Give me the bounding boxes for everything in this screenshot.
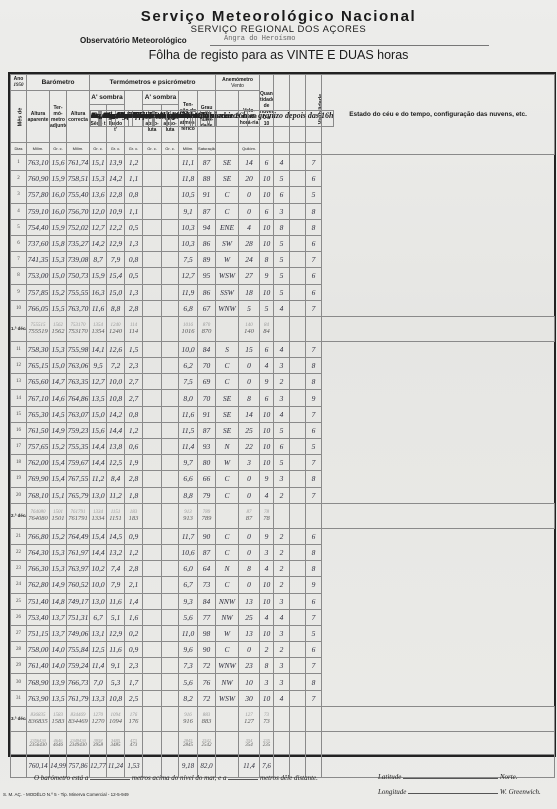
value-cell [290,609,306,625]
value-cell: 3 [274,674,290,690]
value-cell [290,471,306,487]
value-cell: W [216,455,239,471]
total-value-cell [290,731,306,754]
year-header: Ano1950 [11,75,27,91]
decade-value-cell: 15011501 [50,503,67,528]
value-cell: 15,1 [50,487,67,503]
value-cell: 13,5 [90,390,107,406]
value-cell: 15,3 [50,252,67,268]
value-cell: 760,90 [27,171,50,187]
day-row: 6737,6015,8735,2714,212,91,310,386SW2810… [11,235,555,251]
day-row: 26753,4013,7751,316,75,11,65,677NW25447C… [11,609,555,625]
value-cell: 16,3 [90,284,107,300]
value-cell: 5 [306,439,322,455]
value-cell: 9 [260,471,274,487]
value-cell: 739,08 [67,252,90,268]
value-cell: 2,3 [125,658,143,674]
value-cell: 15,1 [90,155,107,171]
value-cell: 15,0 [90,406,107,422]
value-cell: 0,5 [125,268,143,284]
day-row: 12765,1515,0763,069,57,22,36,270C0438Sc,… [11,358,555,374]
value-cell [143,358,162,374]
value-cell: 768,10 [27,487,50,503]
value-cell: 10 [260,422,274,438]
decade-value-cell [162,316,179,341]
value-cell [290,455,306,471]
value-cell: 11,4 [179,439,198,455]
value-cell: 6 [306,268,322,284]
value-cell: 6 [274,439,290,455]
day-row: 31763,9013,5761,7913,310,82,58,272WSW301… [11,690,555,706]
decade-value-cell: 10161016 [179,316,198,341]
value-cell: 2 [274,544,290,560]
value-cell: 3 [274,471,290,487]
value-cell: 6,6 [179,471,198,487]
value-cell: 2 [274,487,290,503]
day-row: 21766,8015,2764,4915,414,50,911,790C0926… [11,528,555,544]
value-cell: 10,2 [90,561,107,577]
value-cell: 3 [274,390,290,406]
value-cell: 3 [274,358,290,374]
value-cell: 10 [239,674,260,690]
value-cell: 2 [274,561,290,577]
value-cell: 3 [274,203,290,219]
value-cell: 755,84 [67,642,90,658]
value-cell [162,609,179,625]
value-cell [290,358,306,374]
value-cell: 1,8 [125,487,143,503]
value-cell: 5 [274,422,290,438]
day-cell: 18 [11,455,27,471]
value-cell [162,471,179,487]
value-cell: 0 [239,187,260,203]
value-cell: 87 [198,203,216,219]
value-cell: 5,6 [179,674,198,690]
value-cell: 15,4 [90,528,107,544]
value-cell: 13,2 [107,544,125,560]
shade-header-2: A' sombra [143,91,179,105]
value-cell: 1,2 [125,422,143,438]
value-cell [143,642,162,658]
value-cell: 761,40 [27,658,50,674]
day-row: 4759,1016,0756,7012,010,91,19,187C0638Ac… [11,203,555,219]
value-cell: 14,0 [50,642,67,658]
value-cell: 13,9 [50,674,67,690]
decade-value-cell [322,706,555,731]
value-cell: 10,3 [179,235,198,251]
total-value-cell [162,731,179,754]
visibility-header: Visibilidade [306,75,322,143]
decade-value-cell: 11511151 [107,503,125,528]
value-cell: 5,6 [179,609,198,625]
value-cell [290,300,306,316]
value-cell: 10 [260,577,274,593]
value-cell: 759,24 [67,658,90,674]
unit-cell [306,143,322,155]
decade-value-cell: 114114 [125,316,143,341]
value-cell: 3 [274,593,290,609]
value-cell: 14,8 [50,593,67,609]
value-cell: 751,40 [27,593,50,609]
value-cell: 741,35 [27,252,50,268]
value-cell: 4 [274,300,290,316]
value-cell: 79 [198,487,216,503]
corrected-height-header: Altura correcta [67,91,90,143]
value-cell: C [216,374,239,390]
value-cell: 30 [239,690,260,706]
month-header: Mês de [11,91,27,143]
value-cell: 16,0 [50,203,67,219]
value-cell: 13,6 [90,187,107,203]
value-cell: 15,0 [50,268,67,284]
value-cell: 12,5 [107,455,125,471]
value-cell: 757,65 [27,439,50,455]
value-cell [290,528,306,544]
decade-value-cell: 753170753170 [67,316,90,341]
value-cell: 4 [274,690,290,706]
value-cell: 12,7 [90,374,107,390]
clouds-header: Quan-tidade de nuvens 0 a 10 [260,75,274,143]
decade-value-cell: 8787 [239,503,260,528]
day-cell: 20 [11,487,27,503]
day-row: 16761,5014,9759,2315,614,41,211,587SE251… [11,422,555,438]
value-cell: 10 [260,187,274,203]
value-cell [162,674,179,690]
value-cell: 1,2 [125,155,143,171]
decade-summary-row: 1.ª década755515755519156215627531707531… [11,316,555,341]
value-cell [143,471,162,487]
anemometer-header: AnemómetroVento [216,75,260,91]
service-title: Serviço Meteorológico Nacional [0,8,557,25]
value-cell: 76 [198,674,216,690]
value-cell: 0,5 [125,219,143,235]
value-cell: 8 [274,219,290,235]
value-cell: 764,30 [27,544,50,560]
altitude-blank[interactable] [90,779,130,780]
day-cell: 15 [11,406,27,422]
value-cell [162,593,179,609]
decade-label: 1.ª década [11,316,27,341]
value-cell [290,544,306,560]
value-cell: 13,0 [90,487,107,503]
day-row: 11758,3015,3755,9814,112,61,510,084S1564… [11,341,555,357]
unit-cell: Milím. [27,143,50,155]
day-cell: 22 [11,544,27,560]
distance-blank[interactable] [228,779,258,780]
value-cell: 6 [306,422,322,438]
value-cell: 8 [306,561,322,577]
value-cell: 0,8 [125,187,143,203]
value-cell: C [216,187,239,203]
decade-value-cell [162,706,179,731]
value-cell: 3 [260,674,274,690]
value-cell: 761,74 [67,155,90,171]
longitude-line: Longitude W. Greenwich. [378,788,541,796]
value-cell: 2,7 [125,374,143,390]
value-cell: 11,0 [179,625,198,641]
day-cell: 9 [11,284,27,300]
value-cell: 7 [306,609,322,625]
value-cell: 10 [260,625,274,641]
value-cell: 2 [274,528,290,544]
value-cell [143,528,162,544]
value-cell [162,439,179,455]
decade-value-cell [216,706,239,731]
value-cell [143,625,162,641]
value-cell: NW [216,674,239,690]
value-cell [143,203,162,219]
value-cell [143,300,162,316]
unit-cell [290,143,306,155]
value-cell: 14,2 [90,235,107,251]
value-cell [143,268,162,284]
value-cell: 11,6 [107,642,125,658]
value-cell: 767,10 [27,390,50,406]
value-cell [290,155,306,171]
value-cell: 15,2 [50,439,67,455]
decade-value-cell: 8484 [260,316,274,341]
value-cell: 7 [306,406,322,422]
form-title: Fôlha de registo para as VINTE E DUAS ho… [0,48,557,62]
value-cell: 84 [198,593,216,609]
value-cell: 28 [239,235,260,251]
value-cell: 15,4 [50,471,67,487]
value-cell: 7 [306,341,322,357]
day-cell: 29 [11,658,27,674]
decade-value-cell: 140140 [239,316,260,341]
value-cell: 7 [306,487,322,503]
value-cell: 0,2 [125,625,143,641]
unit-cell: Gr. c. [50,143,67,155]
decade-value-cell: 12701270 [90,706,107,731]
value-cell: 764,49 [67,528,90,544]
value-cell: 15,3 [50,341,67,357]
value-cell: 6 [260,390,274,406]
value-cell: WNW [216,658,239,674]
sky-state-cell: Cs, Sc, Cu, Halo lunar [90,110,167,127]
sky-state-header: Estado do céu e do tempo, configuração d… [322,75,555,155]
value-cell [162,187,179,203]
value-cell: SSW [216,284,239,300]
total-value-cell: 235235 [260,731,274,754]
day-cell: 13 [11,374,27,390]
value-cell: 754,40 [27,219,50,235]
value-cell: 766,80 [27,528,50,544]
total-value-cell [216,731,239,754]
total-value-cell [274,731,290,754]
unit-cell: Gr. c. [107,143,125,155]
value-cell: 10 [260,284,274,300]
day-row: 29761,4014,0759,2411,49,12,37,372WNW2383… [11,658,555,674]
value-cell: 15,6 [50,155,67,171]
value-cell: 7 [306,658,322,674]
value-cell: 750,73 [67,268,90,284]
total-label [11,754,27,777]
day-row: 7741,3515,3739,088,77,90,87,589W24857Ac,… [11,252,555,268]
month-total-row: 2356430235643046464646234943023494303958… [11,731,555,754]
value-cell [290,690,306,706]
value-cell: 8 [306,471,322,487]
value-cell [162,284,179,300]
value-cell [143,439,162,455]
value-cell: 13 [239,593,260,609]
value-cell [162,625,179,641]
value-cell: 14,7 [50,374,67,390]
day-row: 15765,3014,5763,0715,014,20,811,691SE141… [11,406,555,422]
value-cell [290,390,306,406]
value-cell: 1,1 [125,171,143,187]
value-cell: 757,80 [27,187,50,203]
value-cell [143,390,162,406]
value-cell: 769,90 [27,471,50,487]
decade-summary-row: 3.ª década836835836835158315838344698344… [11,706,555,731]
total-value-cell: 473473 [125,731,143,754]
value-cell: 70 [198,390,216,406]
day-cell: 24 [11,577,27,593]
value-cell [162,252,179,268]
decade-value-cell: 7373 [260,706,274,731]
longitude-blank[interactable] [408,793,498,794]
unit-cell [216,143,239,155]
value-cell [162,155,179,171]
decade-value-cell [322,503,555,528]
value-cell: N [216,439,239,455]
regional-service: SERVIÇO REGIONAL DOS AÇORES [0,24,557,35]
value-cell: 15,3 [50,561,67,577]
register-table-frame: Ano1950 Barómetro Termómetros e psicróme… [8,72,556,757]
decade-value-cell: 13541354 [90,316,107,341]
value-cell: 9,3 [179,593,198,609]
decade-value-cell [290,503,306,528]
value-cell: 6 [274,187,290,203]
value-cell: 6 [260,203,274,219]
value-cell: 7,9 [107,252,125,268]
day-cell: 30 [11,674,27,690]
value-cell: 760,52 [67,577,90,593]
total-value-cell: 39583958 [90,731,107,754]
decade-value-cell [162,503,179,528]
value-cell: 0,9 [125,642,143,658]
value-cell: SE [216,155,239,171]
value-cell: 767,55 [67,471,90,487]
value-cell [290,439,306,455]
value-cell: 15,4 [50,455,67,471]
value-cell: 9,1 [179,203,198,219]
value-cell: 12,9 [107,625,125,641]
value-cell: 11,9 [179,284,198,300]
value-cell: 10 [260,690,274,706]
value-cell: 87 [198,422,216,438]
value-cell: 6,0 [179,561,198,577]
value-cell: 10 [260,171,274,187]
value-cell: 9,5 [90,358,107,374]
value-cell: 77 [198,609,216,625]
total-value-cell [306,731,322,754]
value-cell: 749,06 [67,625,90,641]
value-cell: NNW [216,593,239,609]
latitude-blank[interactable] [403,778,498,779]
value-cell: 11,6 [107,593,125,609]
decade-value-cell: 836835836835 [27,706,50,731]
day-row: 3757,8016,0755,4013,612,80,810,591C01065… [11,187,555,203]
value-cell: 13,3 [90,690,107,706]
value-cell: 761,79 [67,690,90,706]
value-cell: 0,8 [125,252,143,268]
decade-value-cell [143,706,162,731]
value-cell [290,252,306,268]
value-cell: 6 [306,593,322,609]
value-cell: 10 [260,455,274,471]
value-cell: 6,7 [90,609,107,625]
value-cell: SE [216,422,239,438]
day-row: 5754,4015,9752,0212,712,20,510,394ENE410… [11,219,555,235]
day-row: 14767,1014,6764,8613,510,82,78,070SE8639… [11,390,555,406]
decade-value-cell: 789789 [198,503,216,528]
value-cell [162,455,179,471]
value-cell: 9 [260,268,274,284]
value-cell: 4 [260,561,274,577]
total-value-cell: 46464646 [50,731,67,754]
value-cell: N [216,561,239,577]
value-cell [143,544,162,560]
value-cell: 11,7 [179,528,198,544]
value-cell [162,341,179,357]
value-cell [290,187,306,203]
day-row: 28758,0014,0755,8412,511,60,99,690C0226C… [11,642,555,658]
value-cell: 1,3 [125,235,143,251]
value-cell: 72 [198,690,216,706]
value-cell: 5 [260,300,274,316]
value-cell: 5 [306,625,322,641]
value-cell: SE [216,390,239,406]
value-cell: 15,9 [50,219,67,235]
value-cell: 8,0 [179,390,198,406]
value-cell [290,235,306,251]
decade-value-cell: 883883 [198,706,216,731]
decade-value-cell: 176176 [125,706,143,731]
value-cell [162,577,179,593]
value-cell: 762,80 [27,577,50,593]
value-cell: 22 [239,439,260,455]
value-cell: 12,9 [107,235,125,251]
decade-value-cell: 13341334 [90,503,107,528]
value-cell: 8 [239,561,260,577]
value-cell [143,674,162,690]
value-cell: 10 [260,406,274,422]
value-cell: 5,3 [107,674,125,690]
value-cell: 7 [306,252,322,268]
value-cell [143,171,162,187]
value-cell: 6 [306,235,322,251]
value-cell: 86 [198,284,216,300]
value-cell: 13,7 [50,625,67,641]
value-cell [290,406,306,422]
value-cell: 98 [198,625,216,641]
value-cell: 15,3 [90,171,107,187]
day-cell: 27 [11,625,27,641]
day-cell: 2 [11,171,27,187]
value-cell [143,658,162,674]
value-cell: C [216,487,239,503]
value-cell: 13,1 [90,625,107,641]
value-cell [290,268,306,284]
value-cell: 13,0 [90,593,107,609]
value-cell: 64 [198,561,216,577]
value-cell: 0 [239,528,260,544]
value-cell: 9 [260,528,274,544]
value-cell: W [216,252,239,268]
value-cell: 752,02 [67,219,90,235]
